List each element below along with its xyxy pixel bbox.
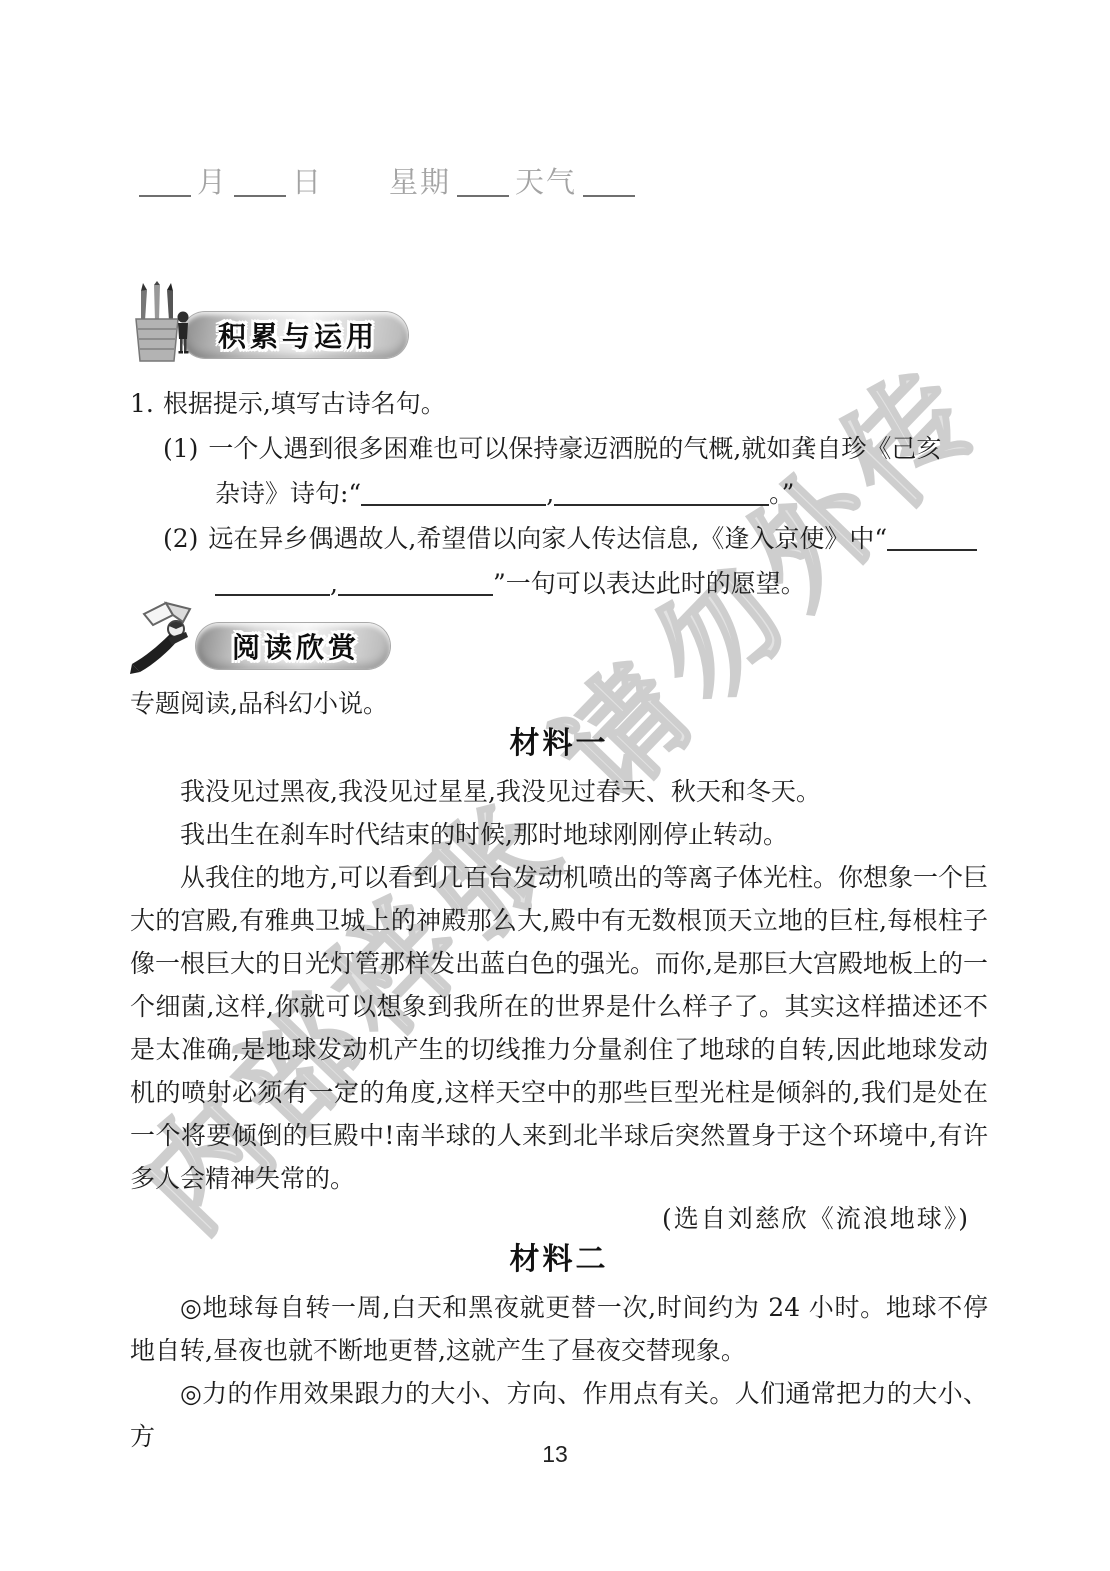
reading-intro: 专题阅读,品科幻小说。: [130, 686, 988, 722]
section-reading-badge: 阅读欣赏: [128, 598, 390, 680]
question-prompt: 根据提示,填写古诗名句。: [163, 389, 446, 418]
question-block: 1.根据提示,填写古诗名句。 (1)一个人遇到很多困难也可以保持豪迈洒脱的气概,…: [130, 381, 992, 606]
item-2-line-1: (2)远在异乡偶遇故人,希望借以向家人传达信息,《逢入京使》中“: [130, 516, 992, 561]
answer-blank[interactable]: [887, 521, 977, 551]
item-1-marker: (1): [163, 434, 198, 463]
item-2-marker: (2): [163, 524, 198, 553]
item-1-line2-prefix: 杂诗》诗句:“: [215, 479, 361, 508]
question-number: 1.: [130, 389, 154, 418]
material1-paragraph: 我没见过黑夜,我没见过星星,我没见过春天、秋天和冬天。: [130, 770, 988, 813]
reading-badge-pill: 阅读欣赏: [196, 623, 390, 669]
item-2-text: 远在异乡偶遇故人,希望借以向家人传达信息,《逢入京使》中“: [208, 524, 887, 553]
reading-section: 专题阅读,品科幻小说。 材料一 我没见过黑夜,我没见过星星,我没见过春天、秋天和…: [130, 686, 988, 1458]
answer-blank[interactable]: [215, 566, 330, 596]
item-1-text: 一个人遇到很多困难也可以保持豪迈洒脱的气概,就如龚自珍《己亥: [208, 434, 941, 463]
workbook-page: 内部样张 请勿外传 月日星期天气: [0, 0, 1110, 1571]
weather-label: 天气: [515, 165, 577, 199]
material2-paragraph: ◎地球每自转一周,白天和黑夜就更替一次,时间约为 24 小时。地球不停地自转,昼…: [130, 1286, 988, 1372]
date-header: 月日星期天气: [133, 160, 641, 201]
month-blank[interactable]: [139, 165, 191, 197]
day-blank[interactable]: [234, 165, 286, 197]
answer-blank[interactable]: [338, 566, 493, 596]
answer-blank[interactable]: [554, 476, 769, 506]
weekday-blank[interactable]: [457, 165, 509, 197]
material1-paragraph: 从我住的地方,可以看到几百台发动机喷出的等离子体光柱。你想象一个巨大的宫殿,有雅…: [130, 856, 988, 1200]
item-2-comma: ,: [330, 569, 338, 598]
item-1-line-1: (1)一个人遇到很多困难也可以保持豪迈洒脱的气概,就如龚自珍《己亥: [130, 426, 992, 471]
section-accumulation-badge: 积累与运用: [128, 281, 408, 369]
accumulation-badge-pill: 积累与运用: [182, 312, 408, 358]
reading-badge-label: 阅读欣赏: [232, 626, 360, 666]
item-1-comma: ,: [546, 479, 554, 508]
answer-blank[interactable]: [361, 476, 546, 506]
item-1-line-2: 杂诗》诗句:“,。”: [130, 471, 992, 516]
flying-reader-icon: [128, 598, 204, 680]
material1-paragraph: 我出生在刹车时代结束的时候,那时地球刚刚停止转动。: [130, 813, 988, 856]
page-number: 13: [0, 1441, 1110, 1468]
month-label: 月: [197, 165, 228, 199]
item-2-line2-suffix: ”一句可以表达此时的愿望。: [493, 569, 806, 598]
material2-title: 材料二: [130, 1240, 988, 1280]
accumulation-badge-label: 积累与运用: [218, 315, 378, 355]
material1-attribution: (选自刘慈欣《流浪地球》): [130, 1200, 988, 1238]
pencil-cup-icon: [128, 281, 190, 369]
weekday-label: 星期: [389, 165, 451, 199]
item-1-line2-suffix: 。”: [769, 479, 794, 508]
day-label: 日: [292, 165, 323, 199]
question-head: 1.根据提示,填写古诗名句。: [130, 381, 992, 426]
weather-blank[interactable]: [583, 165, 635, 197]
material1-title: 材料一: [130, 724, 988, 764]
